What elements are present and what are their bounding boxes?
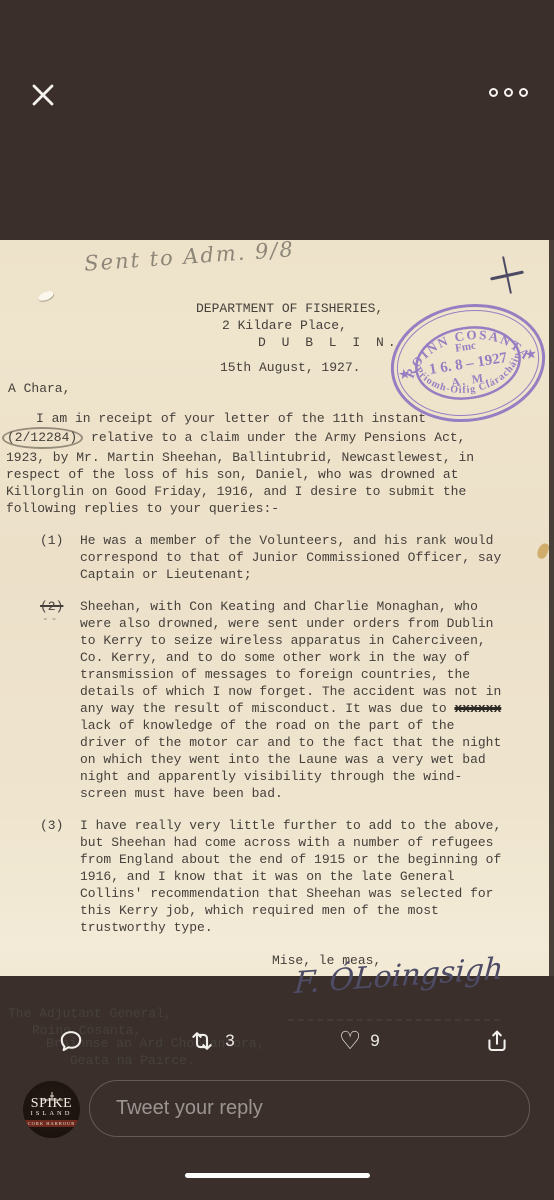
letter-date: 15th August, 1927. xyxy=(220,359,360,376)
avatar-subtitle: ISLAND xyxy=(23,1110,80,1118)
tweet-action-bar: 3 ♡ 9 xyxy=(0,1018,554,1064)
item-1-text: He was a member of the Volunteers, and h… xyxy=(80,532,508,583)
image-viewer-topbar xyxy=(0,70,554,120)
retweet-count: 3 xyxy=(225,1031,234,1051)
like-count: 9 xyxy=(370,1031,379,1051)
reply-item-1: (1) He was a member of the Volunteers, a… xyxy=(6,532,546,583)
reply-button[interactable] xyxy=(58,1028,84,1054)
handwritten-annotation: Sent to Adm. 9/8 xyxy=(84,236,365,272)
reply-placeholder: Tweet your reply xyxy=(116,1097,263,1120)
item-2-number: (2)-- xyxy=(40,598,80,802)
letterhead-street: 2 Kildare Place, xyxy=(222,317,347,334)
item-2-text: Sheehan, with Con Keating and Charlie Mo… xyxy=(80,598,508,802)
intro-paragraph: I am in receipt of your letter of the 11… xyxy=(6,410,492,517)
retweet-button[interactable]: 3 xyxy=(188,1028,234,1054)
share-icon xyxy=(484,1027,510,1055)
handwritten-signature: F. ÓLoingsigh xyxy=(294,959,525,992)
avatar-title: SPIKE xyxy=(23,1097,80,1110)
avatar-banner: CORK HARBOUR xyxy=(23,1120,80,1127)
dot xyxy=(489,88,498,97)
item-2-text-before: Sheehan, with Con Keating and Charlie Mo… xyxy=(80,599,501,716)
reply-item-2: (2)-- Sheehan, with Con Keating and Char… xyxy=(6,598,546,802)
item-2-pencil-dashes: -- xyxy=(42,612,59,629)
retweet-icon xyxy=(188,1028,216,1054)
salutation: A Chara, xyxy=(8,380,546,397)
letterhead-city: D U B L I N. xyxy=(258,334,400,351)
reply-icon xyxy=(58,1028,84,1054)
close-icon[interactable] xyxy=(28,80,58,110)
typed-over-strikeout: xxxxxx xyxy=(454,701,501,716)
share-button[interactable] xyxy=(484,1027,510,1055)
stamp-star-right: ★ xyxy=(524,346,537,362)
heart-icon: ♡ xyxy=(339,1029,361,1053)
pen-cross-mark xyxy=(490,258,524,292)
reply-compose-row: SPIKE ISLAND CORK HARBOUR Tweet your rep… xyxy=(0,1080,554,1140)
avatar[interactable]: SPIKE ISLAND CORK HARBOUR xyxy=(23,1081,80,1138)
like-button[interactable]: ♡ 9 xyxy=(339,1029,380,1053)
home-indicator[interactable] xyxy=(185,1173,370,1178)
item-2-text-after: lack of knowledge of the road on the par… xyxy=(80,718,501,801)
reply-input[interactable]: Tweet your reply xyxy=(89,1080,530,1137)
circled-reference-number: (2/12284) xyxy=(2,427,83,449)
intro-before-ref: I am in receipt of your letter of the 11… xyxy=(36,411,426,426)
letter-body: A Chara, I am in receipt of your letter … xyxy=(6,380,546,1083)
photo-edge-shadow xyxy=(549,240,554,976)
staple-hole xyxy=(37,289,55,303)
item-1-number: (1) xyxy=(40,532,80,583)
tweet-image-letter[interactable]: Sent to Adm. 9/8 DEPARTMENT OF FISHERIES… xyxy=(0,240,554,976)
letterhead-department: DEPARTMENT OF FISHERIES, xyxy=(196,300,383,317)
dot xyxy=(519,88,528,97)
dot xyxy=(504,88,513,97)
item-3-number: (3) xyxy=(40,817,80,936)
more-options-icon[interactable] xyxy=(489,88,528,97)
reply-item-3: (3) I have really very little further to… xyxy=(6,817,546,936)
stamp-office-code: Fmc xyxy=(454,340,477,355)
item-3-text: I have really very little further to add… xyxy=(80,817,508,936)
